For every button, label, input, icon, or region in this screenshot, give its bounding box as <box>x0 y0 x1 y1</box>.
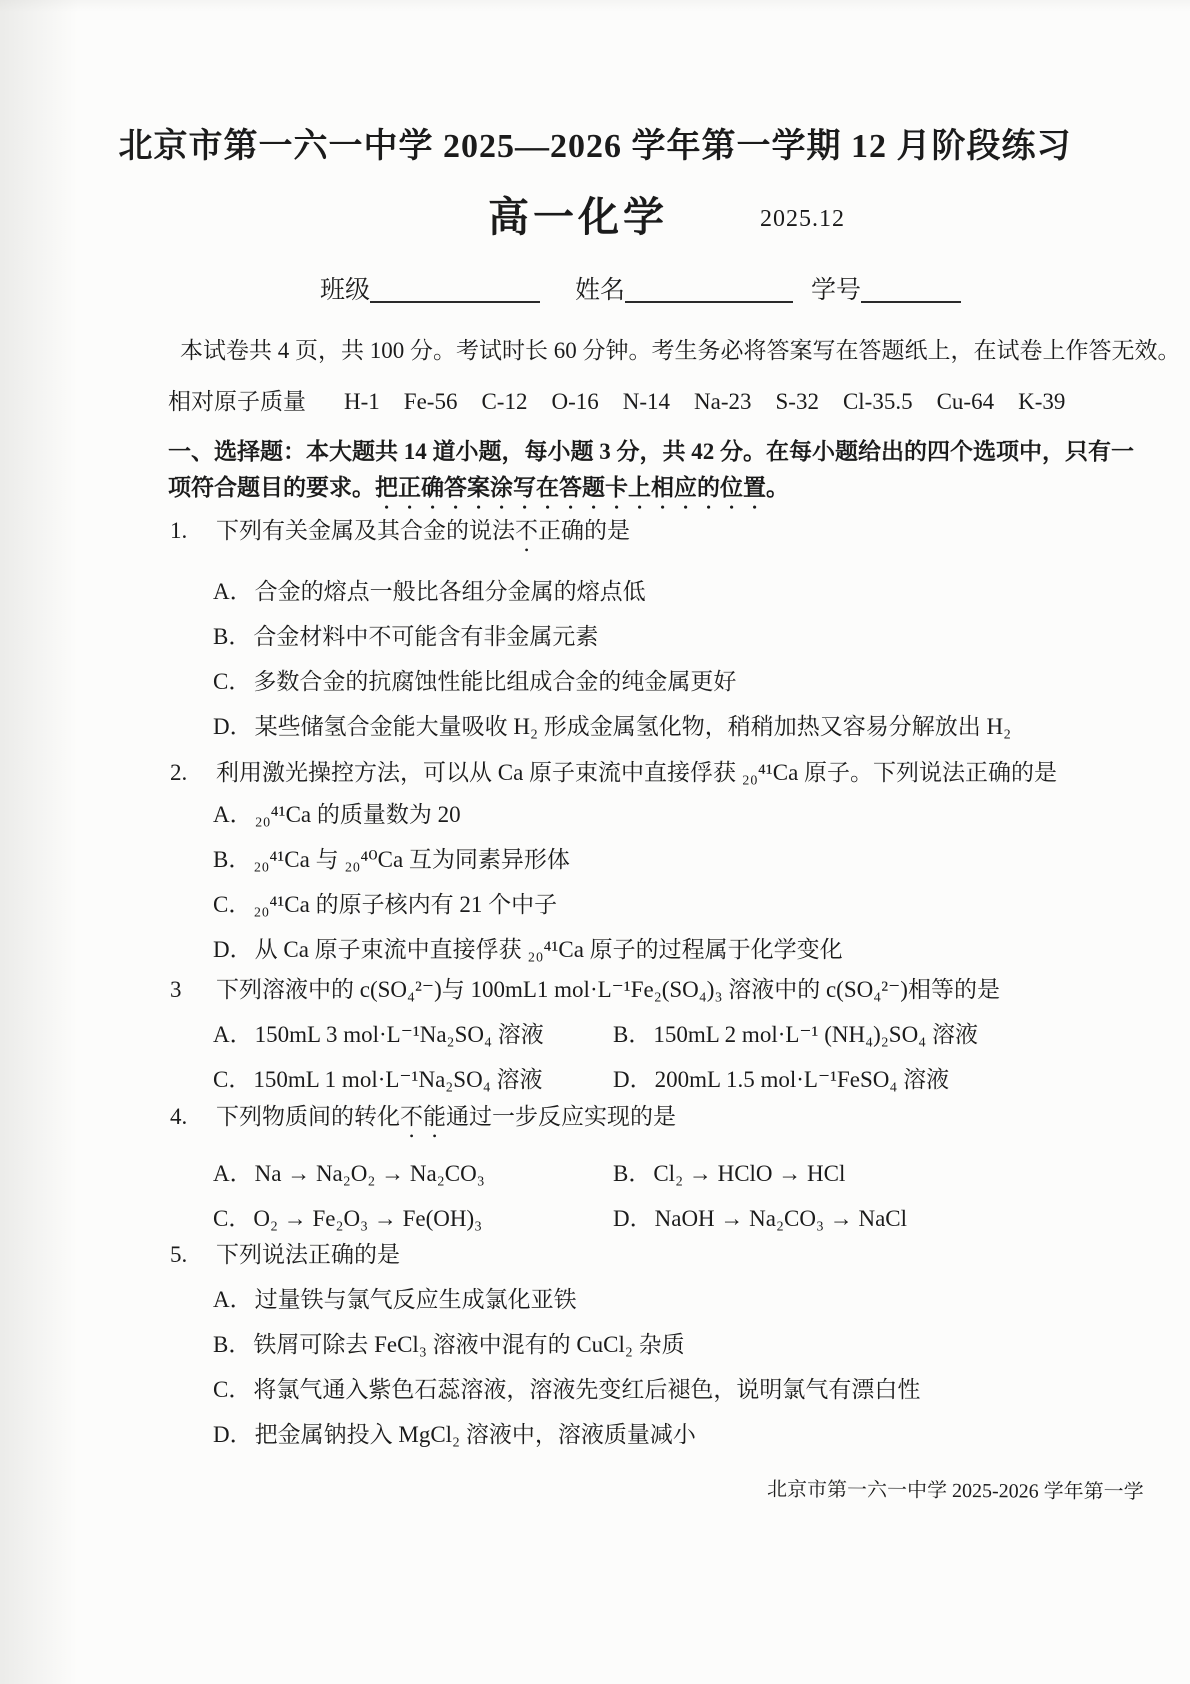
option-label: C． <box>213 1206 251 1231</box>
atomic-mass-item: Cl-35.5 <box>843 389 913 415</box>
option-row: A．合金的熔点一般比各组分金属的熔点低 <box>213 577 1158 607</box>
option-label: A． <box>213 579 253 604</box>
option-label: A． <box>213 802 253 827</box>
text-segment: 通过一步反应实现的是 <box>446 1104 676 1129</box>
question-3-stem: 下列溶液中的 c(SO₄²⁻)与 100mL1 mol·L⁻¹Fe₂(SO₄)₃… <box>216 977 1000 1002</box>
option-label: D． <box>213 1422 253 1447</box>
option-row: D．某些储氢合金能大量吸收 H₂ 形成金属氢化物，稍稍加热又容易分解放出 H₂ <box>213 712 1158 742</box>
option-row: B．Cl₂ → HClO → HCl <box>613 1159 845 1189</box>
option-label: D． <box>213 714 253 739</box>
option-row: B．铁屑可除去 FeCl₃ 溶液中混有的 CuCl₂ 杂质 <box>213 1330 1158 1360</box>
option-label: B． <box>213 624 251 649</box>
question-5: 5. 下列说法正确的是 A．过量铁与氯气反应生成氯化亚铁 B．铁屑可除去 FeC… <box>168 1240 1158 1465</box>
option-row: D．NaOH → Na₂CO₃ → NaCl <box>613 1204 907 1234</box>
option-label: D． <box>213 937 253 962</box>
option-row: C．₂₀⁴¹Ca 的原子核内有 21 个中子 <box>213 890 1158 920</box>
option-row: A．Na → Na₂O₂ → Na₂CO₃ <box>213 1159 613 1189</box>
student-id-field: 学号 <box>811 270 961 306</box>
atomic-mass-item: N-14 <box>623 389 670 415</box>
option-text: Na → Na₂O₂ → Na₂CO₃ <box>255 1161 485 1186</box>
page-title: 北京市第一六一中学 2025—2026 学年第一学期 12 月阶段练习 <box>0 118 1190 167</box>
student-info-row: 班级 姓名 学号 <box>0 270 1190 310</box>
option-row: C．多数合金的抗腐蚀性能比组成合金的纯金属更好 <box>213 667 1158 697</box>
atomic-mass-item: Cu-64 <box>937 389 995 415</box>
option-text: 150mL 3 mol·L⁻¹Na₂SO₄ 溶液 <box>255 1022 544 1047</box>
student-id-field-blank <box>861 275 961 303</box>
option-label: B． <box>213 847 251 872</box>
atomic-mass-row: 相对原子质量 H-1 Fe-56 C-12 O-16 N-14 Na-23 S-… <box>168 383 1065 416</box>
option-row: C．O₂ → Fe₂O₃ → Fe(OH)₃ <box>213 1204 613 1234</box>
section-heading-line2: 项符合题目的要求。把正确答案涂写在答题卡上相应的位置。 <box>168 472 1158 514</box>
option-text: 合金材料中不可能含有非金属元素 <box>253 624 598 649</box>
question-1-options: A．合金的熔点一般比各组分金属的熔点低 B．合金材料中不可能含有非金属元素 C．… <box>168 577 1158 742</box>
option-text: 某些储氢合金能大量吸收 H₂ 形成金属氢化物，稍稍加热又容易分解放出 H₂ <box>255 714 1012 739</box>
name-field: 姓名 <box>575 270 793 306</box>
option-label: A． <box>213 1287 253 1312</box>
option-label: C． <box>213 1067 251 1092</box>
section-heading-line1: 一、选择题：本大题共 14 道小题，每小题 3 分，共 42 分。在每小题给出的… <box>168 436 1158 467</box>
option-label: C． <box>213 892 251 917</box>
option-text: 过量铁与氯气反应生成氯化亚铁 <box>255 1287 577 1312</box>
option-row: D．200mL 1.5 mol·L⁻¹FeSO₄ 溶液 <box>613 1065 949 1095</box>
question-3-stem-row: 3 下列溶液中的 c(SO₄²⁻)与 100mL1 mol·L⁻¹Fe₂(SO₄… <box>168 975 1158 1005</box>
option-label: B． <box>213 1332 251 1357</box>
question-2: 2. 利用激光操控方法，可以从 Ca 原子束流中直接俘获 ₂₀⁴¹Ca 原子。下… <box>168 758 1158 980</box>
atomic-mass-item: S-32 <box>776 389 819 415</box>
exam-note: 本试卷共 4 页，共 100 分。考试时长 60 分钟。考生务必将答案写在答题纸… <box>180 336 1140 366</box>
question-3: 3 下列溶液中的 c(SO₄²⁻)与 100mL1 mol·L⁻¹Fe₂(SO₄… <box>168 975 1158 1110</box>
text-segment: 项符合题目的要求。 <box>168 475 375 500</box>
atomic-mass-item: C-12 <box>481 389 527 415</box>
question-2-stem: 利用激光操控方法，可以从 Ca 原子束流中直接俘获 ₂₀⁴¹Ca 原子。下列说法… <box>216 760 1057 785</box>
atomic-mass-item: Na-23 <box>694 389 751 415</box>
subject-title: 高一化学 <box>488 184 668 243</box>
question-4-number: 4. <box>170 1102 187 1132</box>
option-label: B． <box>613 1161 651 1186</box>
option-row: B．合金材料中不可能含有非金属元素 <box>213 622 1158 652</box>
option-text: Cl₂ → HClO → HCl <box>653 1161 845 1186</box>
name-field-blank <box>625 275 793 303</box>
question-4-stem-row: 4. 下列物质间的转化不能通过一步反应实现的是 <box>168 1102 1158 1143</box>
option-label: D． <box>613 1067 653 1092</box>
option-text: 200mL 1.5 mol·L⁻¹FeSO₄ 溶液 <box>655 1067 950 1092</box>
option-row: B．₂₀⁴¹Ca 与 ₂₀⁴⁰Ca 互为同素异形体 <box>213 845 1158 875</box>
option-label: A． <box>213 1161 253 1186</box>
option-text: 把金属钠投入 MgCl₂ 溶液中，溶液质量减小 <box>255 1422 696 1447</box>
name-field-label: 姓名 <box>575 277 625 304</box>
option-text: NaOH → Na₂CO₃ → NaCl <box>655 1206 907 1231</box>
question-2-options: A．₂₀⁴¹Ca 的质量数为 20 B．₂₀⁴¹Ca 与 ₂₀⁴⁰Ca 互为同素… <box>168 800 1158 965</box>
class-field: 班级 <box>320 270 540 306</box>
option-text: 将氯气通入紫色石蕊溶液，溶液先变红后褪色，说明氯气有漂白性 <box>253 1377 920 1402</box>
atomic-mass-item: K-39 <box>1018 389 1065 415</box>
option-text: ₂₀⁴¹Ca 的原子核内有 21 个中子 <box>253 892 557 917</box>
student-id-field-label: 学号 <box>811 277 861 304</box>
question-4: 4. 下列物质间的转化不能通过一步反应实现的是 A．Na → Na₂O₂ → N… <box>168 1102 1158 1249</box>
atomic-mass-item: O-16 <box>551 389 598 415</box>
text-segment: 下列物质间的转化 <box>216 1104 400 1129</box>
option-row: D．从 Ca 原子束流中直接俘获 ₂₀⁴¹Ca 原子的过程属于化学变化 <box>213 935 1158 965</box>
question-5-options: A．过量铁与氯气反应生成氯化亚铁 B．铁屑可除去 FeCl₃ 溶液中混有的 Cu… <box>168 1285 1158 1450</box>
question-1: 1. 下列有关金属及其合金的说法不正确的是 A．合金的熔点一般比各组分金属的熔点… <box>168 516 1158 757</box>
option-row: A．150mL 3 mol·L⁻¹Na₂SO₄ 溶液 <box>213 1020 613 1050</box>
page-footer: 北京市第一六一中学 2025-2026 学年第一学 <box>767 1473 1144 1505</box>
option-text: 150mL 2 mol·L⁻¹ (NH₄)₂SO₄ 溶液 <box>653 1022 978 1047</box>
class-field-label: 班级 <box>320 277 370 304</box>
class-field-blank <box>370 275 540 303</box>
option-row-pair: C．O₂ → Fe₂O₃ → Fe(OH)₃ D．NaOH → Na₂CO₃ →… <box>213 1204 1158 1234</box>
question-2-stem-row: 2. 利用激光操控方法，可以从 Ca 原子束流中直接俘获 ₂₀⁴¹Ca 原子。下… <box>168 758 1158 788</box>
emphasized-text: 不能 <box>400 1104 446 1129</box>
question-1-number: 1. <box>170 516 187 546</box>
exam-paper-page: 北京市第一六一中学 2025—2026 学年第一学期 12 月阶段练习 高一化学… <box>0 0 1190 1684</box>
option-row: C．150mL 1 mol·L⁻¹Na₂SO₄ 溶液 <box>213 1065 613 1095</box>
option-text: 150mL 1 mol·L⁻¹Na₂SO₄ 溶液 <box>253 1067 542 1092</box>
option-text: 从 Ca 原子束流中直接俘获 ₂₀⁴¹Ca 原子的过程属于化学变化 <box>255 937 843 962</box>
emphasized-text: 不 <box>515 518 538 543</box>
question-4-options: A．Na → Na₂O₂ → Na₂CO₃ B．Cl₂ → HClO → HCl… <box>168 1159 1158 1234</box>
option-text: 合金的熔点一般比各组分金属的熔点低 <box>255 579 646 604</box>
option-label: C． <box>213 669 251 694</box>
question-5-number: 5. <box>170 1240 187 1270</box>
question-2-number: 2. <box>170 758 187 788</box>
atomic-mass-item: Fe-56 <box>404 389 458 415</box>
option-text: 铁屑可除去 FeCl₃ 溶液中混有的 CuCl₂ 杂质 <box>253 1332 684 1357</box>
option-row: A．过量铁与氯气反应生成氯化亚铁 <box>213 1285 1158 1315</box>
option-row: A．₂₀⁴¹Ca 的质量数为 20 <box>213 800 1158 830</box>
option-row: C．将氯气通入紫色石蕊溶液，溶液先变红后褪色，说明氯气有漂白性 <box>213 1375 1158 1405</box>
text-segment: 正确的是 <box>538 518 630 543</box>
option-row-pair: A．Na → Na₂O₂ → Na₂CO₃ B．Cl₂ → HClO → HCl <box>213 1159 1158 1189</box>
option-label: B． <box>613 1022 651 1047</box>
option-row-pair: A．150mL 3 mol·L⁻¹Na₂SO₄ 溶液 B．150mL 2 mol… <box>213 1020 1158 1050</box>
text-segment: 下列溶液中的 c(SO₄²⁻)与 100mL1 mol·L⁻¹Fe₂(SO₄)₃… <box>216 977 1000 1002</box>
question-1-stem-row: 1. 下列有关金属及其合金的说法不正确的是 <box>168 516 1158 557</box>
option-text: O₂ → Fe₂O₃ → Fe(OH)₃ <box>253 1206 482 1231</box>
option-label: C． <box>213 1377 251 1402</box>
text-segment: 下列说法正确的是 <box>216 1242 400 1267</box>
option-text: 多数合金的抗腐蚀性能比组成合金的纯金属更好 <box>253 669 736 694</box>
question-1-stem: 下列有关金属及其合金的说法不正确的是 <box>216 518 630 543</box>
text-segment: 下列有关金属及其合金的说法 <box>216 518 515 543</box>
question-3-number: 3 <box>170 975 182 1005</box>
exam-date: 2025.12 <box>760 206 845 233</box>
question-4-stem: 下列物质间的转化不能通过一步反应实现的是 <box>216 1104 676 1129</box>
option-text: ₂₀⁴¹Ca 的质量数为 20 <box>255 802 461 827</box>
section-heading: 一、选择题：本大题共 14 道小题，每小题 3 分，共 42 分。在每小题给出的… <box>168 436 1158 514</box>
text-segment: 利用激光操控方法，可以从 Ca 原子束流中直接俘获 ₂₀⁴¹Ca 原子。下列说法… <box>216 760 1057 785</box>
option-text: ₂₀⁴¹Ca 与 ₂₀⁴⁰Ca 互为同素异形体 <box>253 847 570 872</box>
emphasized-text: 把正确答案涂写在答题卡上相应的位置。 <box>375 475 789 500</box>
question-5-stem: 下列说法正确的是 <box>216 1242 400 1267</box>
question-3-options: A．150mL 3 mol·L⁻¹Na₂SO₄ 溶液 B．150mL 2 mol… <box>168 1020 1158 1095</box>
atomic-mass-label: 相对原子质量 <box>168 383 306 416</box>
option-row-pair: C．150mL 1 mol·L⁻¹Na₂SO₄ 溶液 D．200mL 1.5 m… <box>213 1065 1158 1095</box>
option-label: A． <box>213 1022 253 1047</box>
option-row: D．把金属钠投入 MgCl₂ 溶液中，溶液质量减小 <box>213 1420 1158 1450</box>
option-label: D． <box>613 1206 653 1231</box>
option-row: B．150mL 2 mol·L⁻¹ (NH₄)₂SO₄ 溶液 <box>613 1020 978 1050</box>
atomic-mass-item: H-1 <box>344 389 380 415</box>
question-5-stem-row: 5. 下列说法正确的是 <box>168 1240 1158 1270</box>
